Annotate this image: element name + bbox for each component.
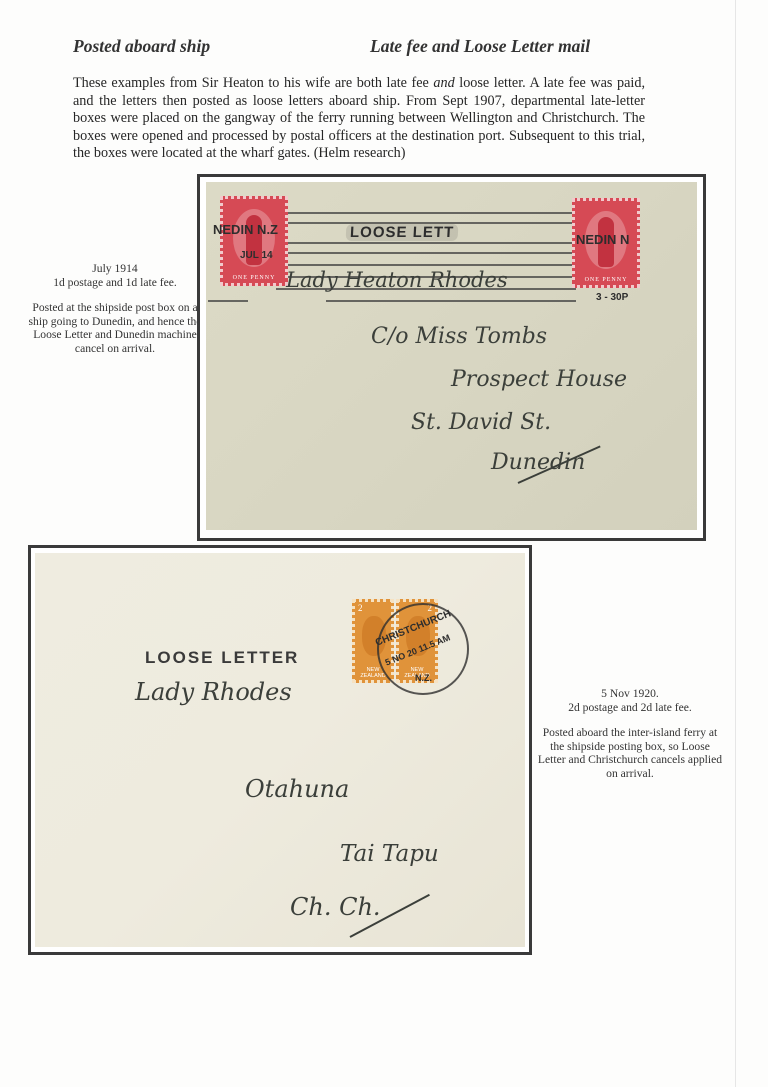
address-line-estate: Otahuna xyxy=(245,775,349,803)
address-line-city: Dunedin xyxy=(491,450,585,475)
page-edge-line xyxy=(735,0,736,1087)
dunedin-cancel-right: NEDIN N xyxy=(576,232,629,247)
caption-date: 5 Nov 1920. xyxy=(535,687,725,701)
cancel-line xyxy=(276,264,576,266)
stamp-one-penny-left: ONE PENNY xyxy=(220,196,288,286)
cancel-line xyxy=(276,242,576,244)
address-line-city: Ch. Ch. xyxy=(290,893,381,921)
cover-2-envelope: 2 NEW ZEALAND 2 NEW ZEALAND CHRISTCHURCH… xyxy=(35,553,525,947)
caption-date: July 1914 xyxy=(22,262,208,276)
cancel-line xyxy=(326,300,576,302)
cancel-date-left: JUL 14 xyxy=(240,250,273,261)
intro-emphasis: and xyxy=(433,75,454,91)
caption-rate: 1d postage and 1d late fee. xyxy=(22,276,208,290)
caption-description: Posted at the shipside post box on a shi… xyxy=(22,301,208,355)
address-line-house: Prospect House xyxy=(451,367,627,392)
cover-1-caption: July 1914 1d postage and 1d late fee. Po… xyxy=(22,262,208,356)
cover-2-frame: 2 NEW ZEALAND 2 NEW ZEALAND CHRISTCHURCH… xyxy=(28,545,532,955)
caption-description: Posted aboard the inter-island ferry at … xyxy=(535,726,725,780)
cover-2-caption: 5 Nov 1920. 2d postage and 2d late fee. … xyxy=(535,687,725,781)
cancel-line xyxy=(276,252,576,254)
caption-rate: 2d postage and 2d late fee. xyxy=(535,701,725,715)
dunedin-cancel-left: NEDIN N.Z xyxy=(213,222,278,237)
cancel-time: 3 - 30P xyxy=(596,292,628,303)
address-line-care-of: C/o Miss Tombs xyxy=(371,324,547,349)
cds-suffix: N.Z. xyxy=(415,673,432,683)
cover-1-envelope: ONE PENNY ONE PENNY NEDIN N.Z JUL 14 LOO… xyxy=(206,182,697,530)
cancel-line xyxy=(208,300,248,302)
address-line-street: St. David St. xyxy=(411,410,551,435)
cover-1-frame: ONE PENNY ONE PENNY NEDIN N.Z JUL 14 LOO… xyxy=(197,174,706,541)
loose-letter-handstamp: LOOSE LETTER xyxy=(145,648,299,668)
address-line-name: Lady Heaton Rhodes xyxy=(286,268,508,292)
section-subheading: Late fee and Loose Letter mail xyxy=(370,36,590,57)
address-line-name: Lady Rhodes xyxy=(135,678,292,706)
section-heading: Posted aboard ship xyxy=(73,36,210,57)
cancel-line xyxy=(276,212,576,214)
intro-text-1: These examples from Sir Heaton to his wi… xyxy=(73,75,433,91)
address-line-town: Tai Tapu xyxy=(340,841,439,867)
loose-letter-handstamp: LOOSE LETT xyxy=(346,224,459,241)
intro-paragraph: These examples from Sir Heaton to his wi… xyxy=(73,75,645,163)
